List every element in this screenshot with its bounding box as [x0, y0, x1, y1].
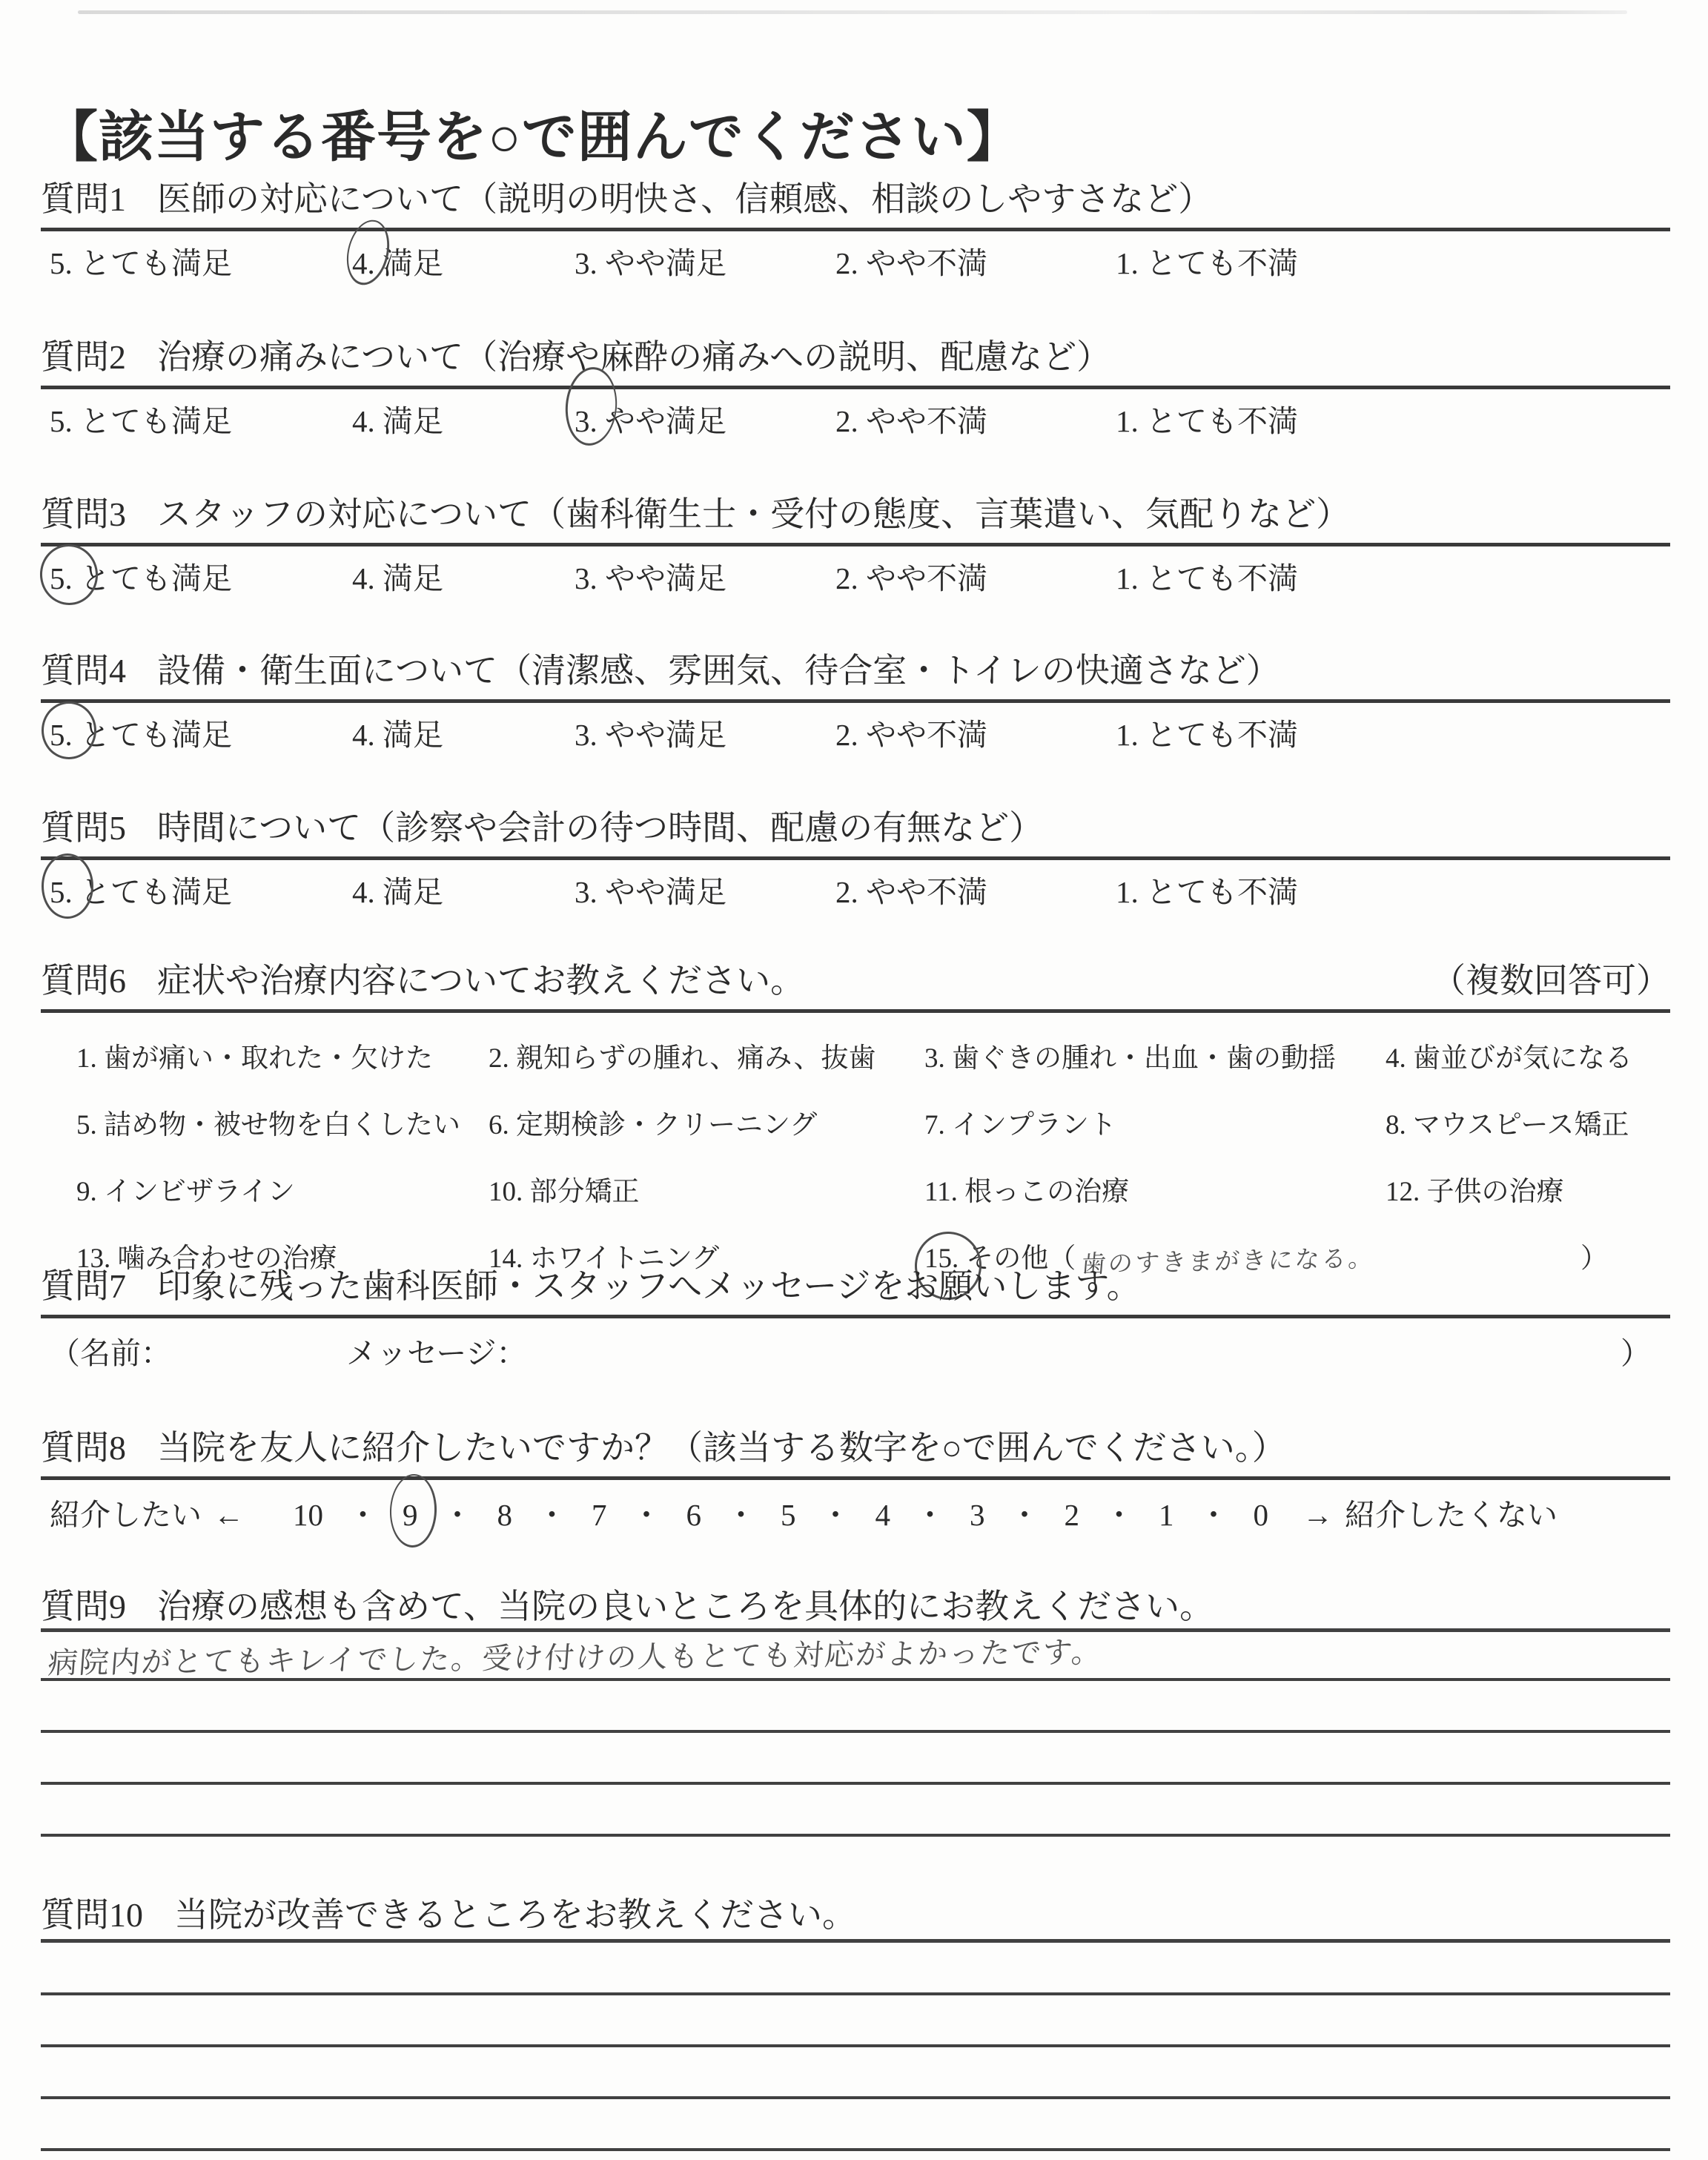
- divider-rule: [41, 1315, 1670, 1318]
- question-3-options-row: 5. とても満足 4. 満足 3. やや満足 2. やや不満 1. とても不満: [41, 554, 1670, 598]
- question-8-label: 質問8: [41, 1421, 126, 1470]
- q8-left-arrow: ←: [213, 1497, 244, 1533]
- q6-option-5: 5. 詰め物・被せ物を白くしたい: [76, 1102, 489, 1142]
- q8-scale-8-label: 8: [497, 1498, 513, 1532]
- question-5-label: 質問5: [41, 801, 126, 850]
- q2-option-1: 1. とても不満: [1116, 397, 1298, 440]
- q7-close-paren: ）: [1621, 1329, 1670, 1373]
- question-6-options-grid: 1. 歯が痛い・取れた・欠けた 2. 親知らずの腫れ、痛み、抜歯 3. 歯ぐきの…: [41, 1035, 1670, 1275]
- q6-option-3: 3. 歯ぐきの腫れ・出血・歯の動揺: [924, 1035, 1386, 1075]
- q5-option-2-label: 2. やや不満: [835, 875, 987, 909]
- q6-option-7: 7. インプラント: [924, 1102, 1386, 1142]
- q8-dot: ・: [1199, 1490, 1229, 1534]
- q4-option-4-label: 4. 満足: [352, 718, 443, 752]
- question-2-block: 質問2 治療の痛みについて（治療や麻酔の痛みへの説明、配慮など） 5. とても満…: [41, 330, 1670, 440]
- writing-line: [41, 1834, 1670, 1837]
- question-4-options-row: 5. とても満足 4. 満足 3. やや満足 2. やや不満 1. とても不満: [41, 710, 1670, 754]
- q8-dot: ・: [1010, 1490, 1040, 1534]
- question-3-text: スタッフの対応について（歯科衛生士・受付の態度、言葉遣い、気配りなど）: [157, 487, 1350, 536]
- q4-option-2: 2. やや不満: [835, 710, 1116, 754]
- question-5-block: 質問5 時間について（診察や会計の待つ時間、配慮の有無など） 5. とても満足 …: [41, 801, 1670, 911]
- q3-option-1-label: 1. とても不満: [1116, 561, 1298, 595]
- writing-line: [41, 2148, 1670, 2151]
- q2-option-1-label: 1. とても不満: [1116, 404, 1298, 438]
- question-4-title-row: 質問4 設備・衛生面について（清潔感、雰囲気、待合室・トイレの快適さなど）: [41, 644, 1670, 693]
- q8-dot: ・: [1104, 1490, 1134, 1534]
- divider-rule: [41, 1476, 1670, 1480]
- q6-option-8: 8. マウスピース矯正: [1386, 1102, 1670, 1142]
- q5-option-3-label: 3. やや満足: [575, 875, 726, 909]
- q6-option-11: 11. 根っこの治療: [924, 1169, 1386, 1209]
- q8-scale-1: 1: [1159, 1497, 1174, 1533]
- q1-option-2: 2. やや不満: [835, 239, 1116, 283]
- q1-option-1-label: 1. とても不満: [1116, 246, 1298, 280]
- q8-left-label: 紹介したい: [50, 1490, 202, 1534]
- q5-option-3: 3. やや満足: [575, 868, 835, 911]
- q8-scale-5: 5: [781, 1497, 796, 1533]
- question-10-text: 当院が改善できるところをお教えください。: [174, 1888, 856, 1937]
- question-4-label: 質問4: [41, 644, 126, 693]
- q2-option-4: 4. 満足: [352, 397, 575, 440]
- question-8-title-row: 質問8 当院を友人に紹介したいですか？（該当する数字を○で囲んでください。）: [41, 1421, 1670, 1470]
- q8-right-arrow: →: [1302, 1497, 1333, 1533]
- q5-option-1: 1. とても不満: [1116, 868, 1298, 911]
- q8-scale-4: 4: [875, 1497, 891, 1533]
- q2-option-4-label: 4. 満足: [352, 404, 443, 438]
- divider-rule: [41, 1939, 1670, 1943]
- question-6-label: 質問6: [41, 954, 126, 1003]
- q6-option-12: 12. 子供の治療: [1386, 1169, 1670, 1209]
- question-1-label: 質問1: [41, 172, 126, 221]
- question-9-title-row: 質問9 治療の感想も含めて、当院の良いところを具体的にお教えください。: [41, 1579, 1670, 1628]
- q8-scale-5-label: 5: [781, 1498, 796, 1532]
- writing-line: [41, 1730, 1670, 1733]
- question-2-title-row: 質問2 治療の痛みについて（治療や麻酔の痛みへの説明、配慮など）: [41, 330, 1670, 379]
- question-7-text: 印象に残った歯科医師・スタッフへメッセージをお願いします。: [157, 1259, 1141, 1308]
- q3-option-3-label: 3. やや満足: [575, 561, 726, 595]
- question-4-block: 質問4 設備・衛生面について（清潔感、雰囲気、待合室・トイレの快適さなど） 5.…: [41, 644, 1670, 754]
- writing-line: [41, 2096, 1670, 2099]
- question-7-block: 質問7 印象に残った歯科医師・スタッフへメッセージをお願いします。 （名前： メ…: [41, 1259, 1670, 1373]
- q8-right-label: 紹介したくない: [1345, 1490, 1558, 1534]
- question-2-options-row: 5. とても満足 4. 満足 3. やや満足 2. やや不満 1. とても不満: [41, 397, 1670, 440]
- q6-option-10: 10. 部分矯正: [489, 1169, 924, 1209]
- q8-dot: ・: [443, 1490, 473, 1534]
- q5-option-1-label: 1. とても不満: [1116, 875, 1298, 909]
- writing-line: [41, 1992, 1670, 1995]
- question-6-block: 質問6 症状や治療内容についてお教えください。 （複数回答可） 1. 歯が痛い・…: [41, 954, 1670, 1275]
- question-6-note: （複数回答可）: [1431, 954, 1670, 1003]
- q4-option-3-label: 3. やや満足: [575, 718, 726, 752]
- divider-rule: [41, 856, 1670, 860]
- question-7-title-row: 質問7 印象に残った歯科医師・スタッフへメッセージをお願いします。: [41, 1259, 1670, 1308]
- q3-option-3: 3. やや満足: [575, 554, 835, 598]
- q8-dot: ・: [915, 1490, 945, 1534]
- q6-option-4: 4. 歯並びが気になる: [1386, 1035, 1670, 1075]
- question-3-title-row: 質問3 スタッフの対応について（歯科衛生士・受付の態度、言葉遣い、気配りなど）: [41, 487, 1670, 536]
- question-10-label: 質問10: [41, 1888, 143, 1937]
- writing-line: [41, 2044, 1670, 2047]
- q3-option-2-label: 2. やや不満: [835, 561, 987, 595]
- divider-rule: [41, 228, 1670, 231]
- q8-scale-7: 7: [592, 1497, 607, 1533]
- question-6-title-row: 質問6 症状や治療内容についてお教えください。 （複数回答可）: [41, 954, 1670, 1003]
- q8-dot: ・: [821, 1490, 851, 1534]
- q7-name-field-label: （名前：: [50, 1329, 346, 1373]
- q1-option-3: 3. やや満足: [575, 239, 835, 283]
- question-1-block: 質問1 医師の対応について（説明の明快さ、信頼感、相談のしやすさなど） 5. と…: [41, 172, 1670, 283]
- q8-scale-10-label: 10: [293, 1498, 323, 1532]
- q8-scale-8: 8: [497, 1497, 513, 1533]
- q2-option-5-label: 5. とても満足: [50, 404, 232, 438]
- pen-circle-q3: [37, 541, 101, 608]
- question-8-scale-row: 紹介したい ← 10 ・ 9 ・ 8 ・ 7 ・ 6 ・ 5 ・ 4 ・ 3 ・…: [41, 1490, 1670, 1534]
- question-5-title-row: 質問5 時間について（診察や会計の待つ時間、配慮の有無など）: [41, 801, 1670, 850]
- writing-line: [41, 1678, 1670, 1681]
- q8-scale-6-label: 6: [686, 1498, 702, 1532]
- question-9-block: 質問9 治療の感想も含めて、当院の良いところを具体的にお教えください。 病院内が…: [41, 1579, 1670, 1628]
- q1-option-5-label: 5. とても満足: [50, 246, 232, 280]
- survey-form-page: 【該当する番号を○で囲んでください】 質問1 医師の対応について（説明の明快さ、…: [0, 0, 1708, 2160]
- divider-rule: [41, 386, 1670, 389]
- question-3-block: 質問3 スタッフの対応について（歯科衛生士・受付の態度、言葉遣い、気配りなど） …: [41, 487, 1670, 598]
- q8-scale-9: 9: [403, 1497, 418, 1533]
- q8-scale-2: 2: [1065, 1497, 1080, 1533]
- q1-option-4: 4. 満足: [352, 239, 575, 283]
- divider-rule: [41, 699, 1670, 703]
- q3-option-4-label: 4. 満足: [352, 561, 443, 595]
- question-9-label: 質問9: [41, 1579, 126, 1628]
- q8-dot: ・: [348, 1490, 378, 1534]
- q8-scale-4-label: 4: [875, 1498, 891, 1532]
- question-10-block: 質問10 当院が改善できるところをお教えください。: [41, 1888, 1670, 1937]
- question-10-title-row: 質問10 当院が改善できるところをお教えください。: [41, 1888, 1670, 1937]
- q1-option-1: 1. とても不満: [1116, 239, 1298, 283]
- question-1-text: 医師の対応について（説明の明快さ、信頼感、相談のしやすさなど）: [157, 172, 1212, 221]
- q8-dot: ・: [537, 1490, 567, 1534]
- question-7-answer-row: （名前： メッセージ： ）: [41, 1329, 1670, 1373]
- q5-option-5: 5. とても満足: [50, 868, 352, 911]
- q2-option-2-label: 2. やや不満: [835, 404, 987, 438]
- q3-option-1: 1. とても不満: [1116, 554, 1298, 598]
- question-2-text: 治療の痛みについて（治療や麻酔の痛みへの説明、配慮など）: [157, 330, 1110, 379]
- q4-option-3: 3. やや満足: [575, 710, 835, 754]
- q8-scale-10: 10: [293, 1497, 323, 1533]
- q8-scale-1-label: 1: [1159, 1498, 1174, 1532]
- q6-option-2: 2. 親知らずの腫れ、痛み、抜歯: [489, 1035, 924, 1075]
- q3-option-2: 2. やや不満: [835, 554, 1116, 598]
- q8-dot: ・: [726, 1490, 756, 1534]
- q4-option-1-label: 1. とても不満: [1116, 718, 1298, 752]
- form-title: 【該当する番号を○で囲んでください】: [43, 93, 1022, 172]
- q1-option-2-label: 2. やや不満: [835, 246, 987, 280]
- q6-option-1: 1. 歯が痛い・取れた・欠けた: [76, 1035, 489, 1075]
- q8-scale-0-label: 0: [1254, 1498, 1269, 1532]
- q8-scale-3-label: 3: [970, 1498, 985, 1532]
- q6-option-9: 9. インビザライン: [76, 1169, 489, 1209]
- divider-rule: [41, 1009, 1670, 1013]
- writing-line: [41, 1782, 1670, 1785]
- q2-option-5: 5. とても満足: [50, 397, 352, 440]
- q5-option-4-label: 4. 満足: [352, 875, 443, 909]
- q5-option-4: 4. 満足: [352, 868, 575, 911]
- pen-circle-q4: [42, 701, 96, 759]
- pen-circle-q5: [42, 853, 93, 919]
- divider-rule: [41, 543, 1670, 546]
- q1-option-5: 5. とても満足: [50, 239, 352, 283]
- question-1-title-row: 質問1 医師の対応について（説明の明快さ、信頼感、相談のしやすさなど）: [41, 172, 1670, 221]
- question-5-options-row: 5. とても満足 4. 満足 3. やや満足 2. やや不満 1. とても不満: [41, 868, 1670, 911]
- scan-artifact-band: [78, 10, 1627, 14]
- q8-scale-3: 3: [970, 1497, 985, 1533]
- q7-message-field-label: メッセージ：: [346, 1329, 527, 1373]
- question-2-label: 質問2: [41, 330, 126, 379]
- question-5-text: 時間について（診察や会計の待つ時間、配慮の有無など）: [157, 801, 1043, 850]
- q6-option-6: 6. 定期検診・クリーニング: [489, 1102, 924, 1142]
- q8-scale-0: 0: [1254, 1497, 1269, 1533]
- question-7-label: 質問7: [41, 1259, 126, 1308]
- pen-circle-q8: [388, 1473, 437, 1548]
- q1-option-3-label: 3. やや満足: [575, 246, 726, 280]
- q2-option-3: 3. やや満足: [575, 397, 835, 440]
- question-4-text: 設備・衛生面について（清潔感、雰囲気、待合室・トイレの快適さなど）: [157, 644, 1280, 693]
- q8-scale-7-label: 7: [592, 1498, 607, 1532]
- question-1-options-row: 5. とても満足 4. 満足 3. やや満足 2. やや不満 1. とても不満: [41, 239, 1670, 283]
- question-8-block: 質問8 当院を友人に紹介したいですか？（該当する数字を○で囲んでください。） 紹…: [41, 1421, 1670, 1534]
- question-6-text: 症状や治療内容についてお教えください。: [157, 954, 804, 1003]
- q4-option-2-label: 2. やや不満: [835, 718, 987, 752]
- q8-scale-6: 6: [686, 1497, 702, 1533]
- q3-option-4: 4. 満足: [352, 554, 575, 598]
- q4-option-1: 1. とても不満: [1116, 710, 1298, 754]
- question-9-text: 治療の感想も含めて、当院の良いところを具体的にお教えください。: [157, 1579, 1214, 1628]
- question-3-label: 質問3: [41, 487, 126, 536]
- q4-option-4: 4. 満足: [352, 710, 575, 754]
- question-8-text: 当院を友人に紹介したいですか？（該当する数字を○で囲んでください。）: [157, 1421, 1286, 1470]
- q5-option-2: 2. やや不満: [835, 868, 1116, 911]
- q2-option-2: 2. やや不満: [835, 397, 1116, 440]
- q8-dot: ・: [632, 1490, 662, 1534]
- q3-option-5: 5. とても満足: [50, 554, 352, 598]
- q8-scale-2-label: 2: [1065, 1498, 1080, 1532]
- q4-option-5: 5. とても満足: [50, 710, 352, 754]
- q9-handwritten-answer: 病院内がとてもキレイでした。受け付けの人もとても対応がよかったです。: [47, 1629, 1105, 1682]
